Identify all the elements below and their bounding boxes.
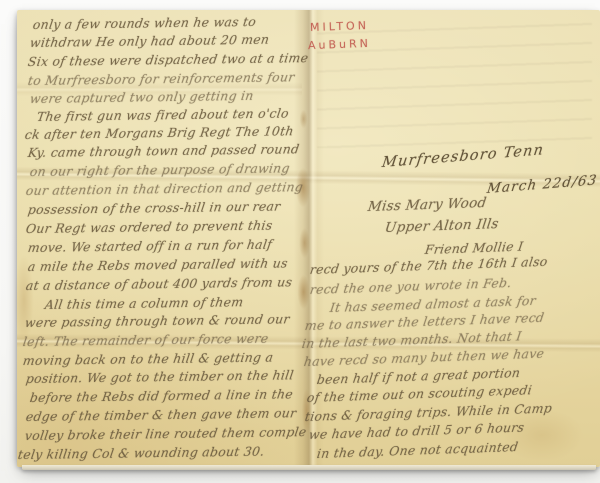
- handwritten-line: left. The remainder of our force were: [22, 332, 269, 349]
- letter-photo: MILTON AuBuRN only a few rounds when he …: [0, 0, 600, 483]
- red-annotation-milton: MILTON: [310, 19, 369, 34]
- handwritten-line: were captured two only getting in: [29, 89, 255, 106]
- handwritten-line: possession of the cross-hill in our rear: [27, 199, 281, 217]
- fold-stain: [298, 106, 309, 132]
- letter-place-line: Murfreesboro Tenn: [381, 143, 545, 170]
- letter-sheet: MILTON AuBuRN only a few rounds when he …: [17, 10, 600, 467]
- underlying-page-edge: [22, 465, 596, 470]
- handwritten-line: to Murfreesboro for reinforcements four: [27, 70, 296, 88]
- handwritten-line: at a distance of about 400 yards from us: [25, 275, 293, 293]
- letter-address-place: Upper Alton Ills: [384, 217, 500, 235]
- handwritten-line: Ky. came through town and passed round: [27, 142, 300, 160]
- handwritten-line: in the day. One not acquainted: [316, 440, 519, 461]
- handwritten-line: tely killing Col & wounding about 30.: [17, 445, 265, 462]
- handwritten-line: on our right for the purpose of drawing: [29, 161, 291, 179]
- handwritten-line: were passing through town & round our: [24, 312, 291, 330]
- handwritten-line: our attention in that direction and gett…: [25, 180, 304, 198]
- letter-addressee: Miss Mary Wood: [367, 196, 487, 214]
- handwritten-line: volley broke their line routed them comp…: [24, 425, 308, 443]
- handwritten-line: only a few rounds when he was to: [32, 15, 257, 32]
- handwritten-line: we have had to drill 5 or 6 hours: [308, 420, 525, 442]
- letter-date-line: March 22d/63: [486, 173, 598, 196]
- handwritten-line: Six of these were dispatched two at a ti…: [27, 51, 309, 69]
- handwritten-line: before the Rebs did formed a line in the: [29, 387, 294, 405]
- handwritten-line: The first gun was fired about ten o'clo: [36, 106, 290, 124]
- handwritten-line: All this time a column of them: [44, 295, 244, 312]
- red-annotation-auburn: AuBuRN: [308, 37, 371, 52]
- handwritten-line: Our Regt was ordered to prevent this: [25, 219, 273, 236]
- handwritten-line: recd yours of the 7th the 16th I also: [309, 255, 549, 277]
- handwritten-line: moving back on to the hill & getting a: [22, 350, 274, 368]
- handwritten-line: position. We got to the timber on the hi…: [25, 368, 295, 386]
- handwritten-line: edge of the timber & then gave them our: [25, 406, 297, 424]
- handwritten-line: ck after ten Morgans Brig Regt The 10th: [24, 124, 295, 142]
- handwritten-line: move. We started off in a run for half: [27, 238, 273, 255]
- handwritten-line: withdraw He only had about 20 men: [29, 33, 270, 50]
- fold-stain: [297, 222, 312, 264]
- handwritten-line: a mile the Rebs moved paralled with us: [27, 256, 289, 274]
